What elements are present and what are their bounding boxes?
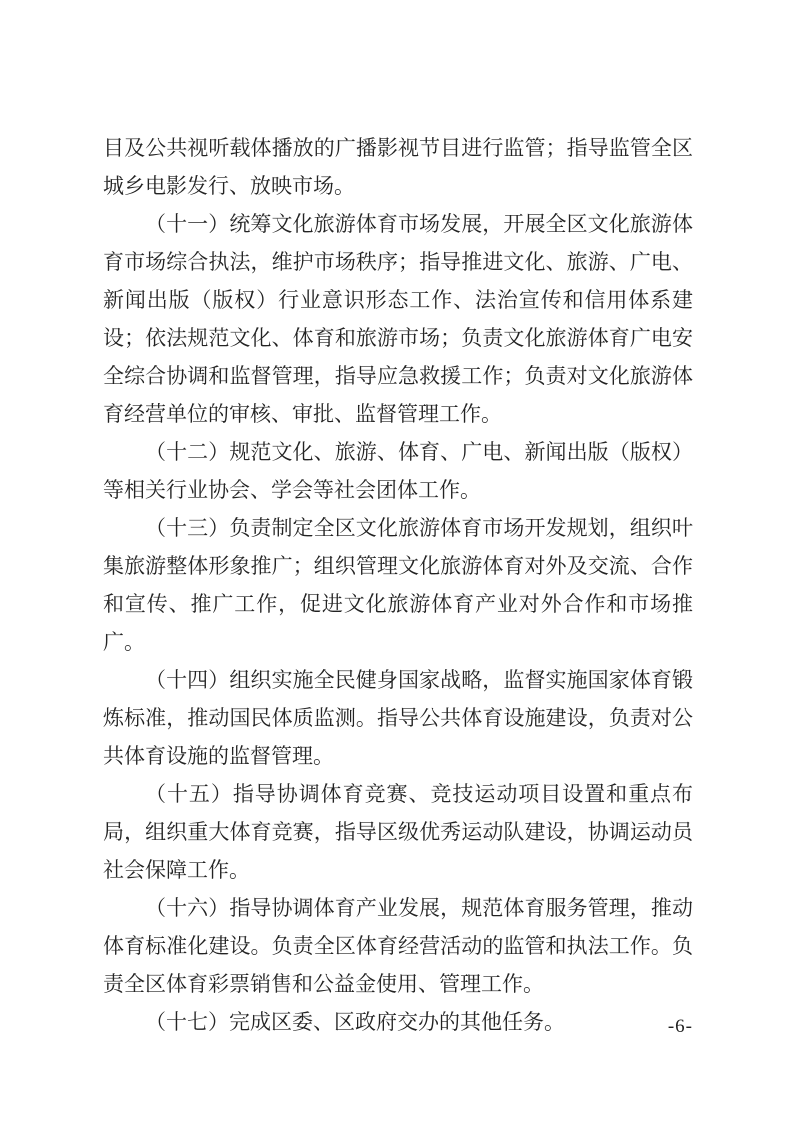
paragraph-item-17: （十七）完成区委、区政府交办的其他任务。 — [103, 1003, 693, 1041]
paragraph-item-16: （十六）指导协调体育产业发展，规范体育服务管理，推动体育标准化建设。负责全区体育… — [103, 889, 693, 1003]
paragraph-item-15: （十五）指导协调体育竞赛、竞技运动项目设置和重点布局，组织重大体育竞赛，指导区级… — [103, 775, 693, 889]
document-page: 目及公共视听载体播放的广播影视节目进行监管；指导监管全区城乡电影发行、放映市场。… — [0, 0, 793, 1122]
page-footer: -6- — [668, 1015, 693, 1039]
paragraph-item-14: （十四）组织实施全民健身国家战略，监督实施国家体育锻炼标准，推动国民体质监测。指… — [103, 661, 693, 775]
paragraph-item-12: （十二）规范文化、旅游、体育、广电、新闻出版（版权）等相关行业协会、学会等社会团… — [103, 433, 693, 509]
paragraph-item-13: （十三）负责制定全区文化旅游体育市场开发规划，组织叶集旅游整体形象推广；组织管理… — [103, 509, 693, 661]
document-body: 目及公共视听载体播放的广播影视节目进行监管；指导监管全区城乡电影发行、放映市场。… — [103, 129, 693, 1041]
paragraph-continuation: 目及公共视听载体播放的广播影视节目进行监管；指导监管全区城乡电影发行、放映市场。 — [103, 129, 693, 205]
page-number: -6- — [668, 1016, 693, 1037]
paragraph-item-11: （十一）统筹文化旅游体育市场发展，开展全区文化旅游体育市场综合执法，维护市场秩序… — [103, 205, 693, 433]
